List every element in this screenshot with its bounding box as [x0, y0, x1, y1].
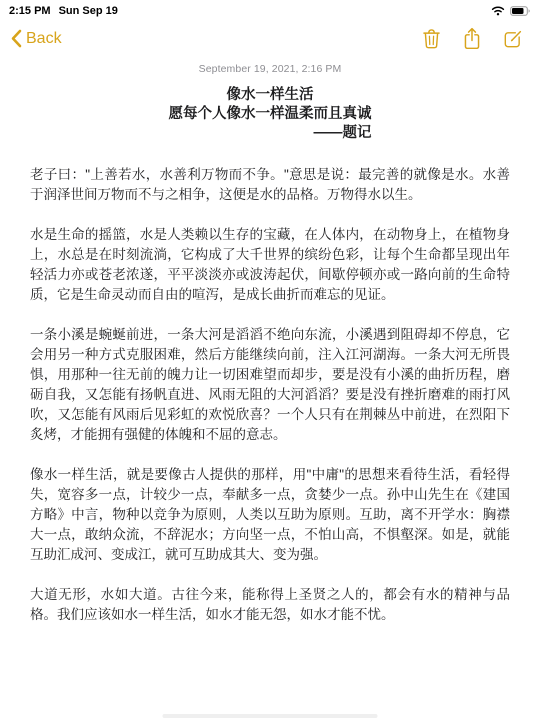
note-subtitle: 愿每个人像水一样温柔而且真诚	[169, 105, 372, 124]
note-body: 老子曰："上善若水，水善利万物而不争。"意思是说：最完善的就像是水。水善于润泽世…	[30, 165, 510, 625]
nav-bar: Back	[0, 18, 540, 54]
paragraph-1: 老子曰："上善若水，水善利万物而不争。"意思是说：最完善的就像是水。水善于润泽世…	[30, 165, 510, 205]
note-content[interactable]: September 19, 2021, 2:16 PM 像水一样生活 愿每个人像…	[0, 63, 540, 625]
note-title: 像水一样生活	[169, 86, 372, 105]
back-button-label: Back	[26, 30, 62, 48]
status-bar-right	[491, 5, 531, 16]
paragraph-5: 大道无形，水如大道。古往今来，能称得上圣贤之人的，都会有水的精神与品格。我们应该…	[30, 585, 510, 625]
nav-actions	[422, 27, 523, 50]
status-time: 2:15 PM	[9, 5, 51, 17]
paragraph-3: 一条小溪是蜿蜒前进，一条大河是滔滔不绝向东流，小溪遇到阻碍却不停息，它会用另一种…	[30, 325, 510, 445]
home-indicator	[163, 714, 378, 718]
trash-icon[interactable]	[422, 28, 441, 49]
paragraph-2: 水是生命的摇篮，水是人类赖以生存的宝藏，在人体内，在动物身上，在植物身上，水总是…	[30, 225, 510, 305]
status-bar: 2:15 PM Sun Sep 19	[0, 0, 540, 18]
status-date: Sun Sep 19	[59, 5, 118, 17]
status-bar-left: 2:15 PM Sun Sep 19	[9, 5, 118, 17]
back-button[interactable]: Back	[10, 29, 62, 48]
share-icon[interactable]	[463, 27, 481, 50]
paragraph-4: 像水一样生活，就是要像古人提供的那样，用"中庸"的思想来看待生活，看轻得失，宽容…	[30, 465, 510, 565]
wifi-icon	[491, 5, 505, 16]
compose-icon[interactable]	[503, 29, 523, 49]
note-epigraph: ——题记	[169, 124, 372, 143]
notes-app-window: 2:15 PM Sun Sep 19	[0, 0, 540, 720]
battery-icon	[510, 6, 531, 16]
note-timestamp: September 19, 2021, 2:16 PM	[30, 63, 510, 75]
chevron-left-icon	[10, 29, 22, 48]
title-block: 像水一样生活 愿每个人像水一样温柔而且真诚 ——题记	[30, 86, 510, 143]
